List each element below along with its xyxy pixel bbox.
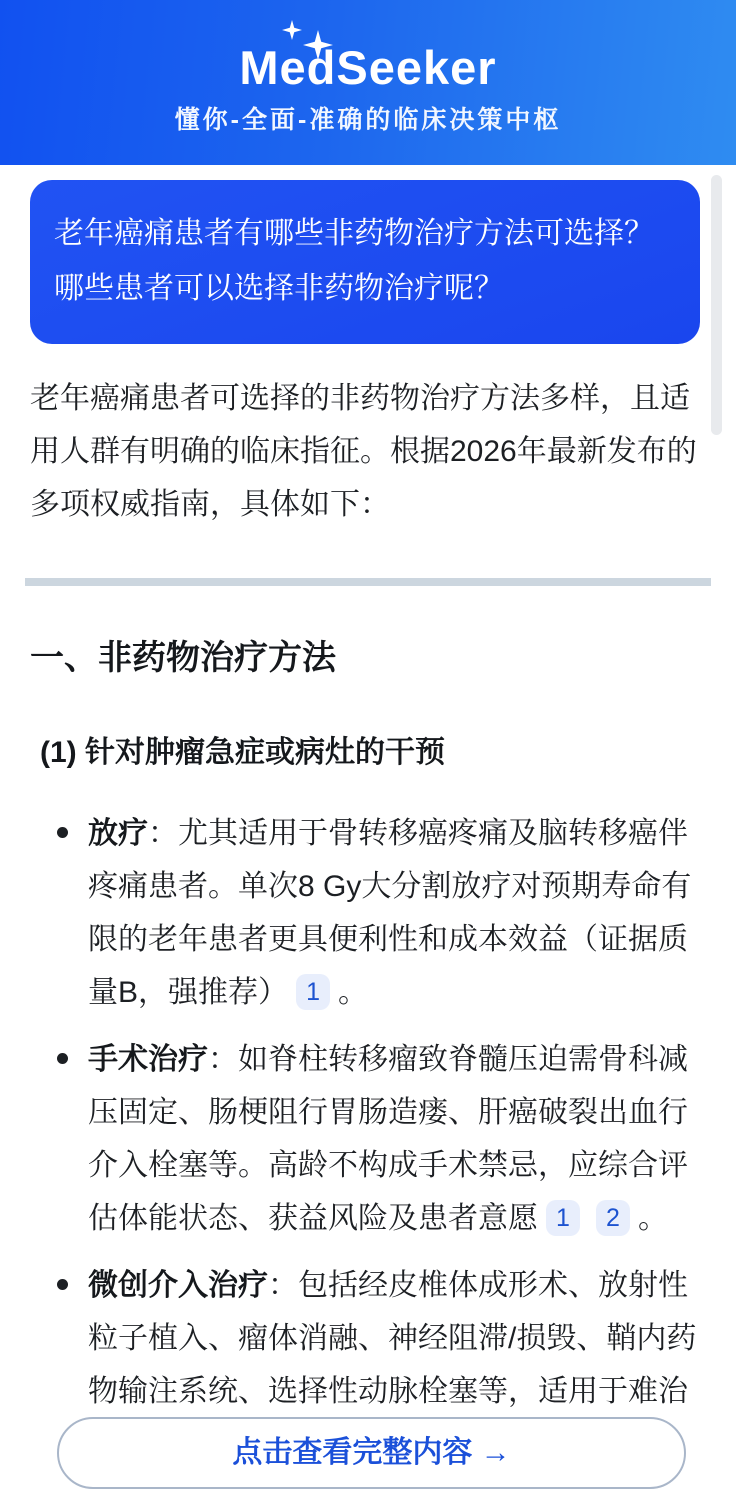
user-question-bubble: 老年癌痛患者有哪些非药物治疗方法可选择？哪些患者可以选择非药物治疗呢？ — [30, 180, 700, 344]
view-full-content-button[interactable]: 点击查看完整内容 → — [57, 1417, 686, 1489]
answer-content: 老年癌痛患者可选择的非药物治疗方法多样，且适用人群有明确的临床指征。根据2026… — [0, 360, 736, 1485]
treatment-term: 手术治疗 — [88, 1043, 208, 1076]
treatment-list: 放疗：尤其适用于骨转移癌疼痛及脑转移癌伴疼痛患者。单次8 Gy大分割放疗对预期寿… — [30, 807, 708, 1471]
section-divider — [25, 578, 711, 586]
citation-badge[interactable]: 2 — [596, 1200, 630, 1236]
section-title: 一、非药物治疗方法 — [30, 630, 706, 679]
answer-intro: 老年癌痛患者可选择的非药物治疗方法多样，且适用人群有明确的临床指征。根据2026… — [30, 372, 706, 531]
treatment-item: 手术治疗：如脊柱转移瘤致脊髓压迫需骨科减压固定、肠梗阻行胃肠造瘘、肝癌破裂出血行… — [30, 1033, 708, 1245]
citation-badge[interactable]: 1 — [296, 974, 330, 1010]
treatment-term: 微创介入治疗 — [88, 1269, 268, 1302]
app-header: MedSeeker 懂你-全面-准确的临床决策中枢 — [0, 0, 736, 165]
app-logo: MedSeeker — [0, 40, 736, 95]
citation-badge[interactable]: 1 — [546, 1200, 580, 1236]
app-screen: MedSeeker 懂你-全面-准确的临床决策中枢 老年癌痛患者有哪些非药物治疗… — [0, 0, 736, 1504]
subsection-title: (1) 针对肿瘤急症或病灶的干预 — [40, 727, 706, 771]
treatment-item: 放疗：尤其适用于骨转移癌疼痛及脑转移癌伴疼痛患者。单次8 Gy大分割放疗对预期寿… — [30, 807, 708, 1019]
treatment-term: 放疗 — [88, 817, 148, 850]
app-tagline: 懂你-全面-准确的临床决策中枢 — [0, 100, 736, 136]
